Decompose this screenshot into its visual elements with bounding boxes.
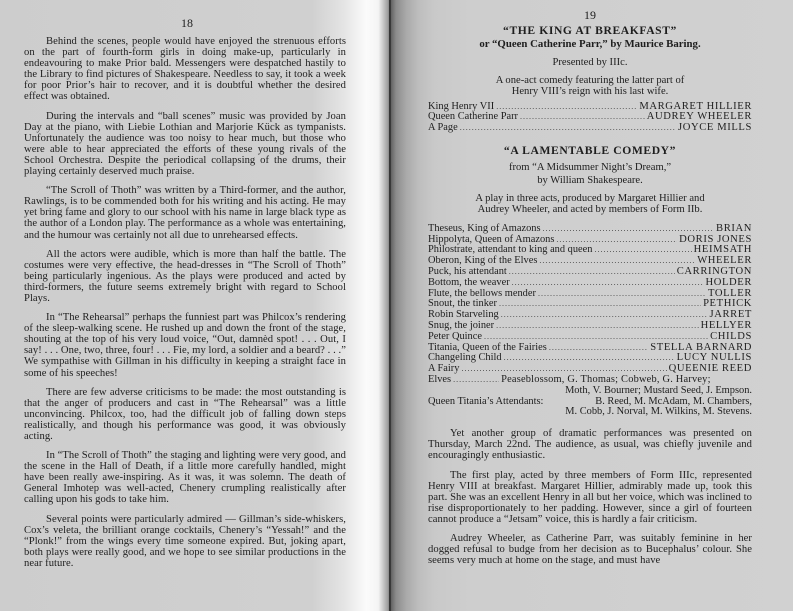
right-page: 19 “THE KING AT BREAKFAST” or “Queen Cat…: [390, 0, 793, 611]
left-page-content: 18 Behind the scenes, people would have …: [24, 16, 346, 577]
leader-dots: [504, 353, 675, 364]
paragraph: In “The Rehearsal” perhaps the funniest …: [24, 312, 346, 379]
play-author: by William Shakespeare.: [428, 175, 752, 187]
leader-dots: [509, 267, 675, 278]
paragraph: “The Scroll of Thoth” was written by a T…: [24, 185, 346, 240]
cast-list: Theseus, King of AmazonsBRIAN Hippolyta,…: [428, 224, 752, 418]
right-page-content: 19 “THE KING AT BREAKFAST” or “Queen Cat…: [428, 8, 752, 574]
leader-dots: [539, 256, 695, 267]
paragraph: During the intervals and “ball scenes” m…: [24, 111, 346, 178]
leader-dots: [499, 299, 701, 310]
paragraph: There are few adverse criticisms to be m…: [24, 387, 346, 442]
attendants-names: B. Reed, M. McAdam, M. Chambers,: [595, 396, 752, 407]
paragraph: Behind the scenes, people would have enj…: [24, 36, 346, 103]
leader-dots: [594, 245, 691, 256]
presented-by: Presented by IIIc.: [428, 57, 752, 69]
cast-row: A PageJOYCE MILLS: [428, 123, 752, 134]
play-king-at-breakfast: “THE KING AT BREAKFAST” or “Queen Cather…: [428, 24, 752, 134]
play-title: “A LAMENTABLE COMEDY”: [428, 144, 752, 158]
paragraph: The first play, acted by three members o…: [428, 470, 752, 525]
paragraph: Audrey Wheeler, as Catherine Parr, was s…: [428, 533, 752, 566]
leader-dots: [520, 112, 645, 123]
paragraph: Yet another group of dramatic performanc…: [428, 428, 752, 461]
leader-dots: [496, 321, 699, 332]
cast-role: Elves: [428, 375, 451, 386]
page-number: 18: [28, 16, 346, 31]
play-source: from “A Midsummer Night’s Dream,”: [428, 162, 752, 174]
paragraph: All the actors were audible, which is mo…: [24, 249, 346, 304]
cast-list: King Henry VIIMARGARET HILLIER Queen Cat…: [428, 102, 752, 134]
play-lamentable-comedy: “A LAMENTABLE COMEDY” from “A Midsummer …: [428, 144, 752, 418]
play-description: A play in three acts, produced by Margar…: [428, 193, 752, 205]
play-description: Henry VIII’s reign with his last wife.: [428, 86, 752, 98]
attendants-label: Queen Titania’s Attendants:: [428, 397, 543, 408]
leader-dots: [460, 123, 676, 134]
paragraph: Several points were particularly admired…: [24, 514, 346, 569]
leader-dots: [538, 289, 706, 300]
leader-dots: [549, 343, 648, 354]
left-page: 18 Behind the scenes, people would have …: [0, 0, 390, 611]
paragraph: In “The Scroll of Thoth” the staging and…: [24, 450, 346, 505]
play-subtitle: or “Queen Catherine Parr,” by Maurice Ba…: [428, 38, 752, 51]
leader-dots: [512, 278, 704, 289]
attendants-continuation: M. Cobb, J. Norval, M. Wilkins, M. Steve…: [428, 407, 752, 418]
leader-dots: [453, 375, 499, 386]
book-spread: 18 Behind the scenes, people would have …: [0, 0, 793, 611]
play-description: A one-act comedy featuring the latter pa…: [428, 75, 752, 87]
cast-actor: JOYCE MILLS: [678, 123, 752, 134]
play-description: Audrey Wheeler, and acted by members of …: [428, 204, 752, 216]
cast-role: A Page: [428, 123, 458, 134]
book-spine: [389, 0, 391, 611]
play-title: “THE KING AT BREAKFAST”: [428, 24, 752, 38]
page-number: 19: [428, 8, 752, 23]
leader-dots: [501, 310, 708, 321]
